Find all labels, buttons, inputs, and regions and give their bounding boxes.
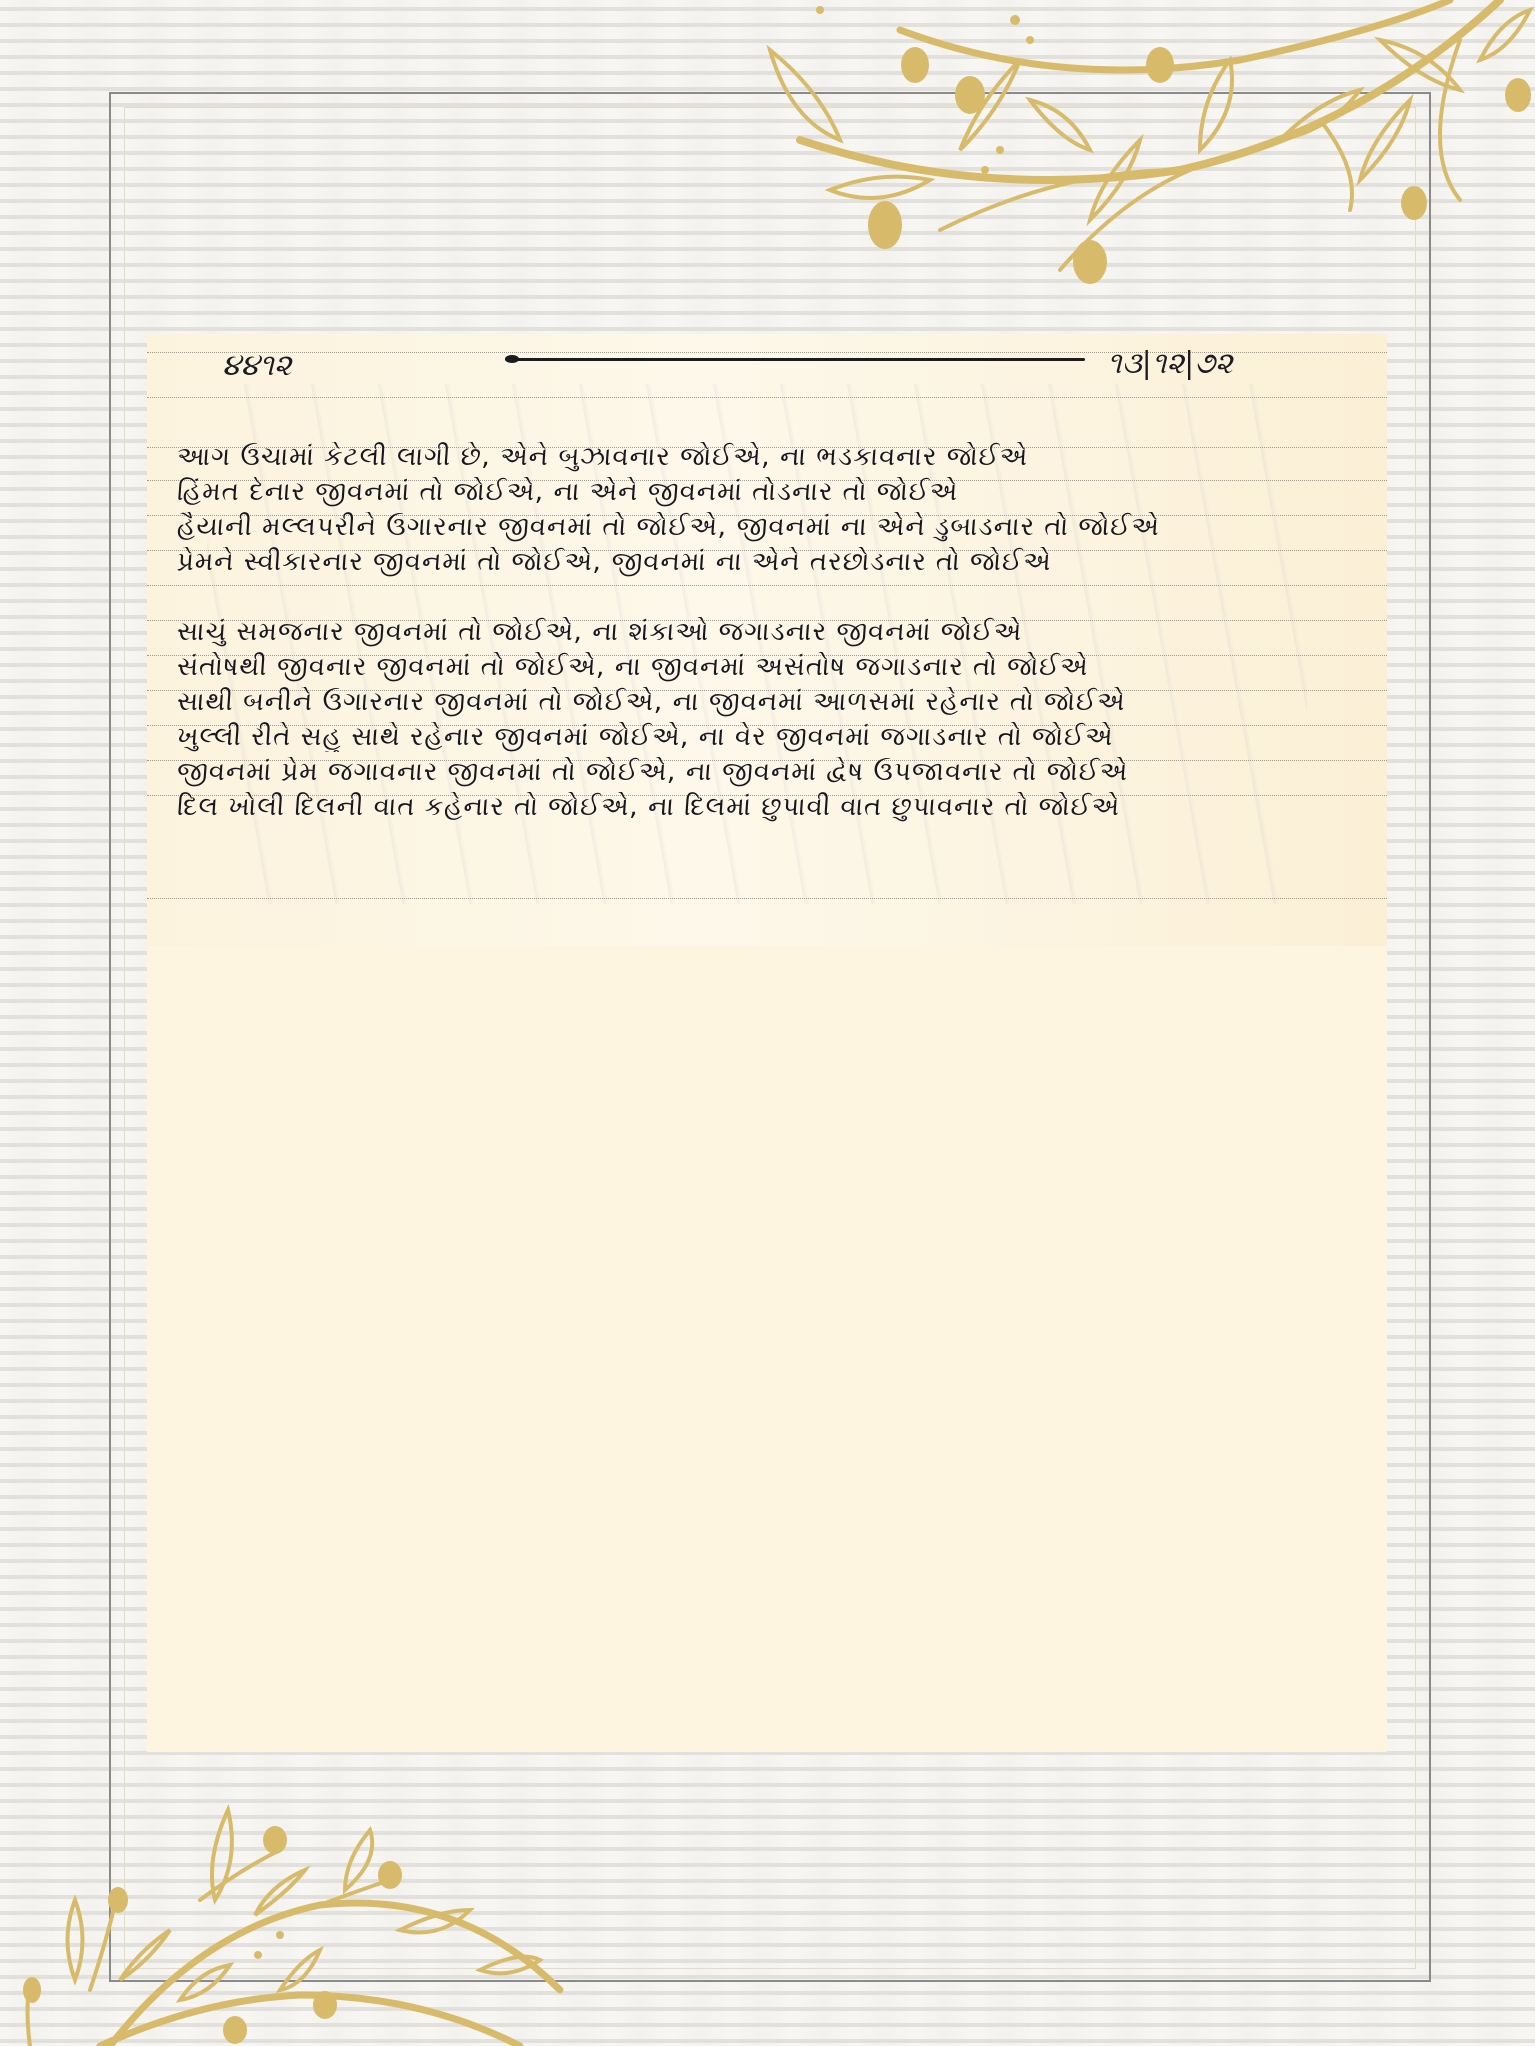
- letter-line: સંતોષથી જીવનાર જીવનમાં તો જોઈએ, ના જીવનમ…: [176, 652, 1358, 682]
- letter-line: હિંમત દેનાર જીવનમાં તો જોઈએ, ના એને જીવન…: [176, 477, 1358, 507]
- ruled-line: [147, 397, 1387, 398]
- letter-date: ૧૩|૧૨|૭૨: [1107, 346, 1233, 381]
- header-dash-line: [505, 358, 1085, 361]
- letter-line: સાથી બનીને ઉગારનાર જીવનમાં તો જોઈએ, ના જ…: [176, 687, 1358, 717]
- letter-scan: ૪૪૧૨ ૧૩|૧૨|૭૨ આગ ઉંચામાં કેટલી લાગી છે, …: [147, 334, 1387, 946]
- ruled-line: [147, 585, 1387, 586]
- letter-line: સાચું સમજનાર જીવનમાં તો જોઈએ, ના શંકાઓ જ…: [176, 617, 1358, 647]
- letter-paper: ૪૪૧૨ ૧૩|૧૨|૭૨ આગ ઉંચામાં કેટલી લાગી છે, …: [147, 334, 1387, 1752]
- letter-line: પ્રેમને સ્વીકારનાર જીવનમાં તો જોઈએ, જીવન…: [176, 547, 1358, 577]
- letter-number: ૪૪૧૨: [222, 348, 292, 383]
- letter-line: હૈયાની મલ્લપરીને ઉગારનાર જીવનમાં તો જોઈએ…: [176, 512, 1358, 542]
- letter-line: દિલ ખોલી દિલની વાત કહેનાર તો જોઈએ, ના દિ…: [176, 792, 1358, 822]
- ruled-line: [147, 898, 1387, 899]
- letter-line: ખુલ્લી રીતે સહુ સાથે રહેનાર જીવનમાં જોઈએ…: [176, 722, 1358, 752]
- letter-line: જીવનમાં પ્રેમ જગાવનાર જીવનમાં તો જોઈએ, ન…: [176, 757, 1358, 787]
- letter-line: આગ ઉંચામાં કેટલી લાગી છે, એને બુઝાવનાર જ…: [176, 442, 1358, 472]
